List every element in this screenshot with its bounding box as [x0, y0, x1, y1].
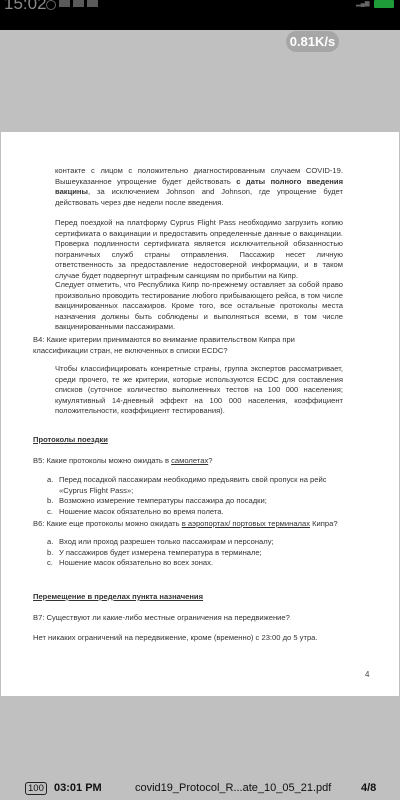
question-b6: В6: Какие еще протоколы можно ожидать в …: [33, 519, 345, 530]
section-heading-travel-protocols: Протоколы поездки: [33, 435, 345, 446]
status-right: ▂▄▆: [356, 0, 394, 8]
list-item: c.Ношение масок обязательно во всех зона…: [47, 558, 347, 569]
question-b5: В5: Какие протоколы можно ожидать в само…: [33, 456, 345, 467]
target-icon: [46, 0, 56, 10]
list-item: a.Вход или проход разрешен только пассаж…: [47, 537, 347, 548]
page-indicator[interactable]: 4/8: [361, 782, 376, 794]
reader-bottom-bar: 100 03:01 PM covid19_Protocol_R...ate_10…: [0, 770, 400, 800]
item-label: b.: [47, 496, 53, 507]
item-text: Вход или проход разрешен только пассажир…: [59, 537, 274, 546]
battery-icon: [374, 0, 394, 8]
status-time: 15:02: [4, 0, 47, 14]
page-number: 4: [365, 670, 369, 679]
paragraph-flight-pass: Перед поездкой на платформу Cyprus Fligh…: [55, 218, 343, 282]
list-item: c.Ношение масок обязательно во время пол…: [47, 507, 347, 518]
file-name: covid19_Protocol_R...ate_10_05_21.pdf: [135, 782, 331, 794]
text: ?: [208, 456, 212, 465]
paragraph-vaccination-note: контакте с лицом с положительно диагност…: [55, 166, 343, 208]
notification-icons: [46, 0, 98, 10]
app-icon: [87, 0, 98, 7]
item-label: a.: [47, 475, 53, 486]
item-label: c.: [47, 507, 53, 518]
image-icon: [73, 0, 84, 7]
question-b7: В7: Существуют ли какие-либо местные огр…: [33, 613, 345, 624]
folder-icon: [59, 0, 70, 7]
pdf-page[interactable]: контакте с лицом с положительно диагност…: [1, 132, 399, 696]
answer-b7: Нет никаких ограничений на передвижение,…: [33, 633, 345, 644]
list-b6: a.Вход или проход разрешен только пассаж…: [47, 537, 347, 569]
text: Кипра?: [310, 519, 338, 528]
question-b4: В4: Какие критерии принимаются во вниман…: [33, 335, 345, 356]
signal-icon: ▂▄▆: [356, 0, 370, 7]
item-text: У пассажиров будет измерена температура …: [59, 548, 262, 557]
network-speed-indicator: 0.81K/s: [286, 31, 339, 52]
text: , за исключением Johnson and Johnson, гд…: [55, 187, 343, 207]
list-b5: a.Перед посадкой пассажирам необходимо п…: [47, 475, 347, 517]
underlined-text: самолетах: [171, 456, 208, 465]
answer-b4: Чтобы классифицировать конкретные страны…: [55, 364, 343, 417]
list-item: b.Возможно измерение температуры пассажи…: [47, 496, 347, 507]
text: В5: Какие протоколы можно ожидать в: [33, 456, 171, 465]
item-label: c.: [47, 558, 53, 569]
item-text: Ношение масок обязательно во всех зонах.: [59, 558, 213, 567]
item-text: Возможно измерение температуры пассажира…: [59, 496, 267, 505]
status-bar: 15:02 ▂▄▆: [0, 0, 400, 30]
item-label: a.: [47, 537, 53, 548]
list-item: a.Перед посадкой пассажирам необходимо п…: [47, 475, 347, 496]
item-text: Перед посадкой пассажирам необходимо пре…: [59, 475, 327, 495]
paragraph-testing: Следует отметить, что Республика Кипр по…: [55, 280, 343, 333]
list-item: b.У пассажиров будет измерена температур…: [47, 548, 347, 559]
text: В6: Какие еще протоколы можно ожидать: [33, 519, 182, 528]
underlined-text: в аэропортах/ портовых терминалах: [182, 519, 310, 528]
section-heading-movement: Перемещение в пределах пункта назначения: [33, 592, 345, 603]
item-label: b.: [47, 548, 53, 559]
battery-level: 100: [25, 782, 47, 795]
item-text: Ношение масок обязательно во время полет…: [59, 507, 224, 516]
clock: 03:01 PM: [54, 782, 102, 794]
